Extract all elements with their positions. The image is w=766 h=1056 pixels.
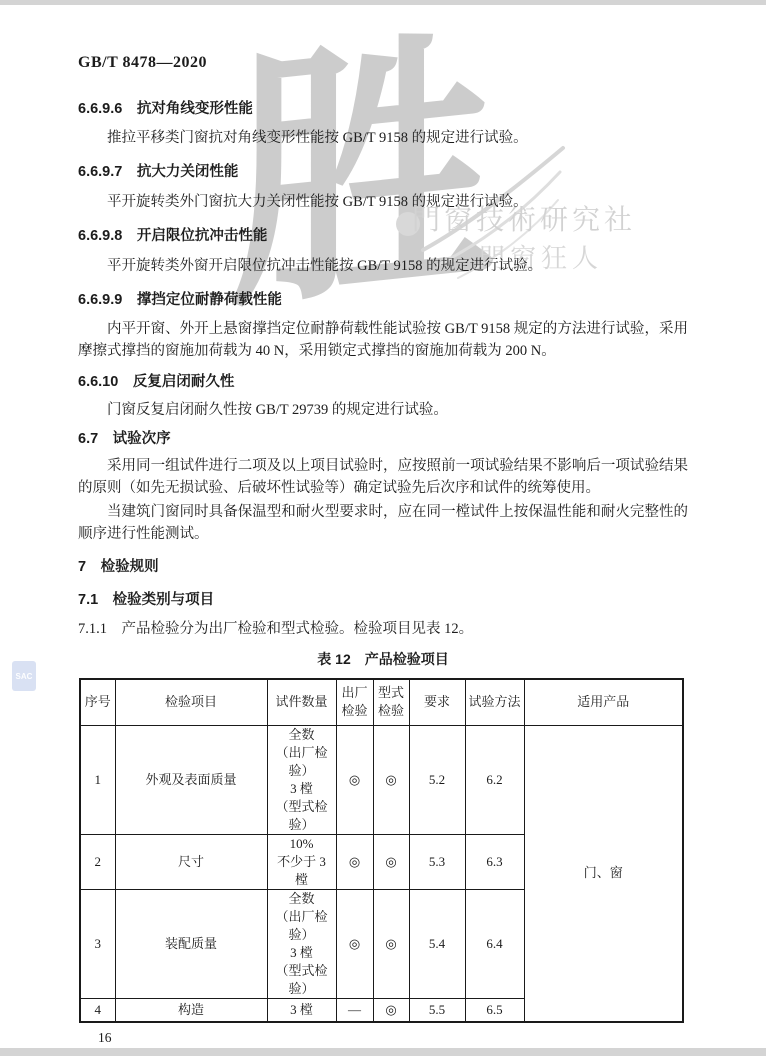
document-content: GB/T 8478—2020 6.6.9.6 抗对角线变形性能 推拉平移类门窗抗… — [0, 52, 766, 1046]
cell-qty: 10% 不少于 3 樘 — [267, 834, 336, 889]
scan-edge-top — [0, 0, 766, 5]
col-header-qty: 试件数量 — [267, 679, 336, 725]
para-6-6-9-7: 平开旋转类外门窗抗大力关闭性能按 GB/T 9158 的规定进行试验。 — [78, 191, 688, 213]
cell-type: ◎ — [373, 889, 409, 998]
cell-type: ◎ — [373, 834, 409, 889]
cell-seq: 1 — [80, 725, 115, 834]
para-6-6-9-9: 内平开窗、外开上悬窗撑挡定位耐静荷载性能试验按 GB/T 9158 规定的方法进… — [78, 318, 688, 362]
heading-6-6-9-8: 6.6.9.8 开启限位抗冲击性能 — [78, 225, 688, 247]
col-header-requirement: 要求 — [409, 679, 465, 725]
cell-seq: 2 — [80, 834, 115, 889]
cell-method: 6.2 — [465, 725, 524, 834]
heading-6-6-9-9: 6.6.9.9 撑挡定位耐静荷载性能 — [78, 289, 688, 311]
cell-qty: 全数 （出厂检验） 3 樘 （型式检验） — [267, 725, 336, 834]
heading-7: 7 检验规则 — [78, 556, 688, 578]
para-6-6-10: 门窗反复启闭耐久性按 GB/T 29739 的规定进行试验。 — [78, 399, 688, 421]
cell-item: 装配质量 — [115, 889, 267, 998]
heading-6-6-9-6: 6.6.9.6 抗对角线变形性能 — [78, 98, 688, 120]
para-6-7-2: 当建筑门窗同时具备保温型和耐火型要求时，应在同一樘试件上按保温性能和耐火完整性的… — [78, 501, 688, 545]
col-header-type-inspection: 型式 检验 — [373, 679, 409, 725]
heading-6-6-10: 6.6.10 反复启闭耐久性 — [78, 371, 688, 393]
heading-6-6-9-7: 6.6.9.7 抗大力关闭性能 — [78, 161, 688, 183]
cell-requirement: 5.2 — [409, 725, 465, 834]
table-12-product-inspection: 序号 检验项目 试件数量 出厂 检验 型式 检验 要求 试验方法 适用产品 1 … — [79, 678, 684, 1023]
para-6-6-9-6: 推拉平移类门窗抗对角线变形性能按 GB/T 9158 的规定进行试验。 — [78, 127, 688, 149]
cell-qty: 全数 （出厂检验） 3 樘 （型式检验） — [267, 889, 336, 998]
page-number: 16 — [98, 1030, 688, 1046]
col-header-test-method: 试验方法 — [465, 679, 524, 725]
cell-requirement: 5.4 — [409, 889, 465, 998]
cell-applicable-product: 门、窗 — [524, 725, 683, 1022]
document-page: 胜 門窗技術研究社 —門窗狂人 SAC GB/T 8478—2020 6.6.9… — [0, 0, 766, 1056]
cell-item: 尺寸 — [115, 834, 267, 889]
cell-requirement: 5.5 — [409, 998, 465, 1022]
col-header-applicable-product: 适用产品 — [524, 679, 683, 725]
heading-7-1: 7.1 检验类别与项目 — [78, 589, 688, 611]
cell-factory: — — [336, 998, 373, 1022]
scan-edge-bottom — [0, 1048, 766, 1056]
cell-method: 6.4 — [465, 889, 524, 998]
col-header-factory-inspection: 出厂 检验 — [336, 679, 373, 725]
cell-factory: ◎ — [336, 834, 373, 889]
col-header-item: 检验项目 — [115, 679, 267, 725]
cell-type: ◎ — [373, 998, 409, 1022]
col-header-seq: 序号 — [80, 679, 115, 725]
cell-factory: ◎ — [336, 725, 373, 834]
cell-seq: 3 — [80, 889, 115, 998]
para-6-6-9-8: 平开旋转类外窗开启限位抗冲击性能按 GB/T 9158 的规定进行试验。 — [78, 255, 688, 277]
cell-seq: 4 — [80, 998, 115, 1022]
cell-type: ◎ — [373, 725, 409, 834]
cell-item: 构造 — [115, 998, 267, 1022]
standard-number: GB/T 8478—2020 — [78, 52, 688, 74]
cell-method: 6.5 — [465, 998, 524, 1022]
cell-method: 6.3 — [465, 834, 524, 889]
heading-6-7: 6.7 试验次序 — [78, 428, 688, 450]
cell-qty: 3 樘 — [267, 998, 336, 1022]
table-row: 1 外观及表面质量 全数 （出厂检验） 3 樘 （型式检验） ◎ ◎ 5.2 6… — [80, 725, 683, 834]
table-header-row: 序号 检验项目 试件数量 出厂 检验 型式 检验 要求 试验方法 适用产品 — [80, 679, 683, 725]
cell-requirement: 5.3 — [409, 834, 465, 889]
table-12-caption: 表 12 产品检验项目 — [78, 648, 688, 670]
cell-item: 外观及表面质量 — [115, 725, 267, 834]
para-6-7-1: 采用同一组试件进行二项及以上项目试验时，应按照前一项试验结果不影响后一项试验结果… — [78, 455, 688, 499]
cell-factory: ◎ — [336, 889, 373, 998]
clause-7-1-1: 7.1.1 产品检验分为出厂检验和型式检验。检验项目见表 12。 — [78, 618, 688, 640]
